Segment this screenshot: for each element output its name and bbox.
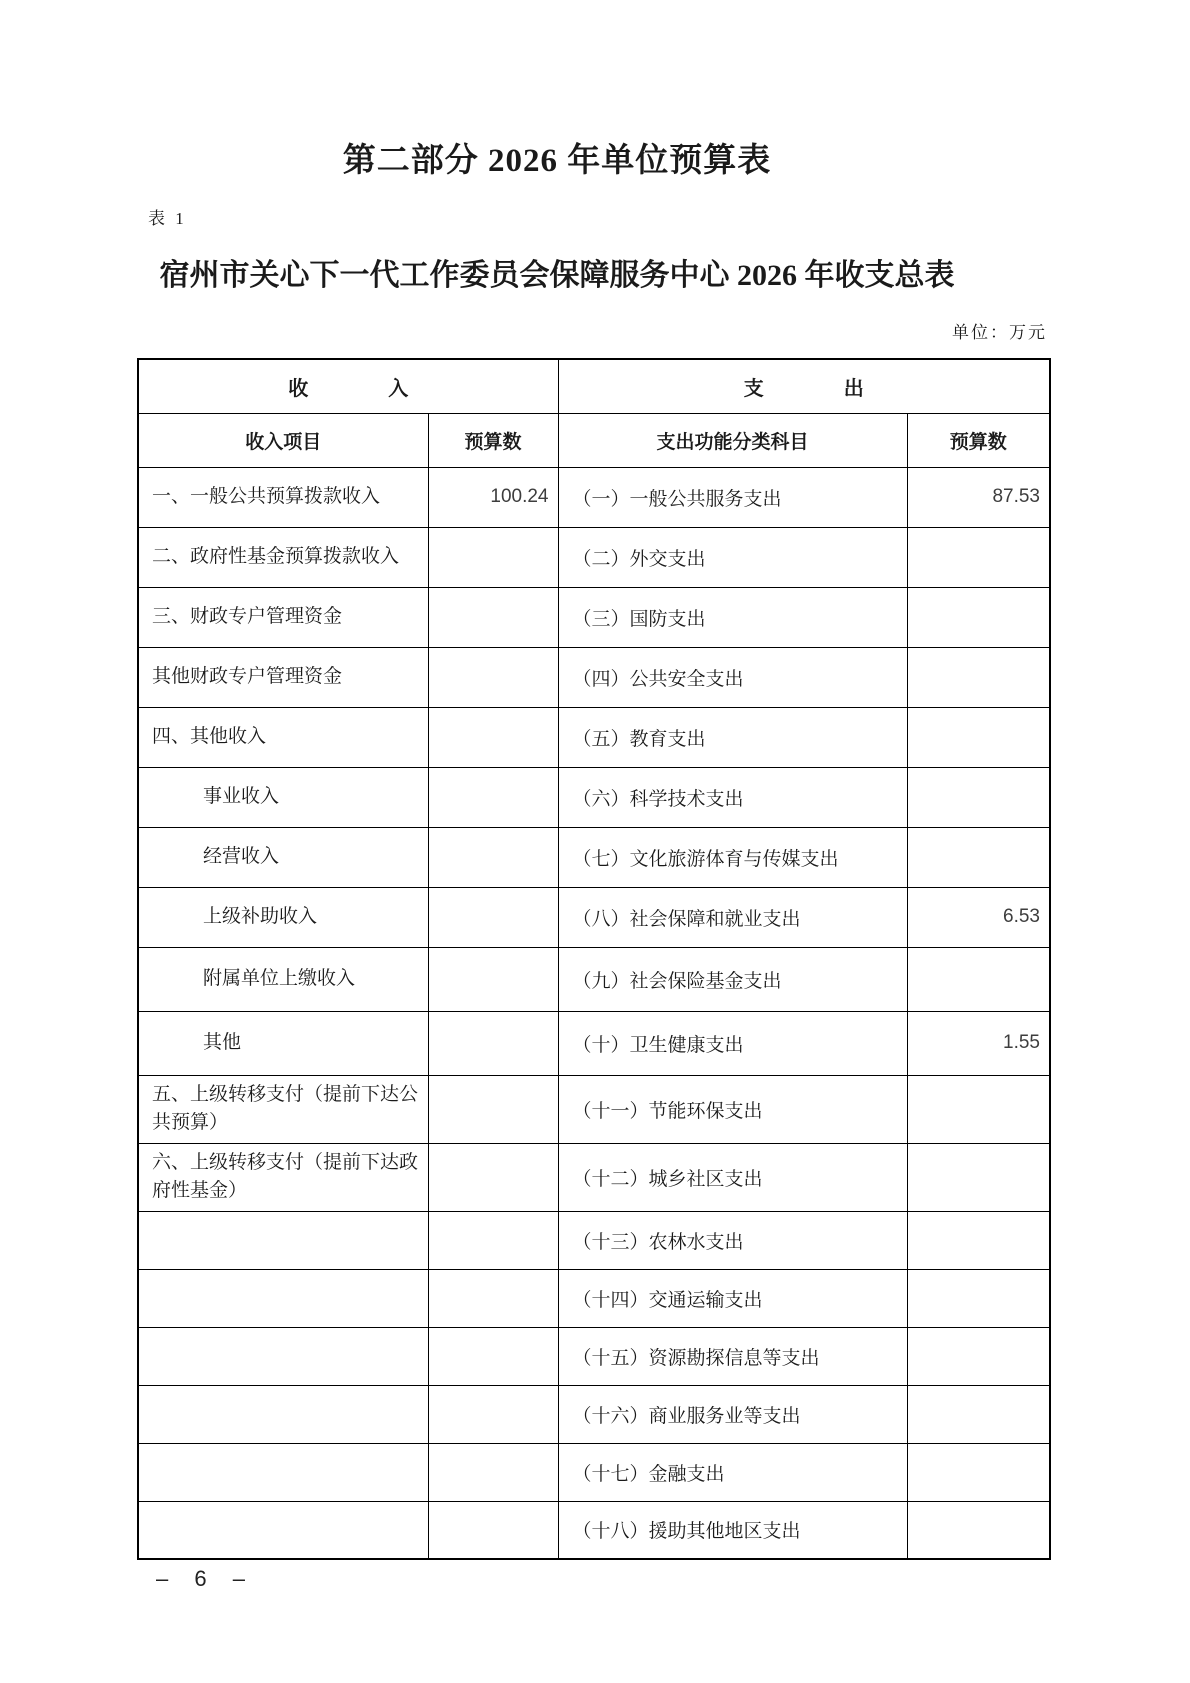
income-budget-cell (428, 527, 558, 587)
income-item-cell (138, 1327, 428, 1385)
table-row: 一、一般公共预算拨款收入 100.24 （一）一般公共服务支出 87.53 (138, 467, 1050, 527)
expense-budget-cell (907, 1143, 1050, 1211)
income-group-header: 收 入 (138, 359, 558, 413)
income-item-cell: 五、上级转移支付（提前下达公共预算） (138, 1075, 428, 1143)
expense-item-cell: （二）外交支出 (558, 527, 907, 587)
table-row: （十八）援助其他地区支出 (138, 1501, 1050, 1559)
table-row: 其他 （十）卫生健康支出 1.55 (138, 1011, 1050, 1075)
income-budget-cell (428, 1143, 558, 1211)
income-item-cell: 附属单位上缴收入 (138, 947, 428, 1011)
expense-item-cell: （三）国防支出 (558, 587, 907, 647)
expense-item-cell: （十二）城乡社区支出 (558, 1143, 907, 1211)
expense-budget-cell (907, 947, 1050, 1011)
table-row: 事业收入 （六）科学技术支出 (138, 767, 1050, 827)
income-item-cell (138, 1501, 428, 1559)
income-budget-cell (428, 1501, 558, 1559)
table-row: 六、上级转移支付（提前下达政府性基金） （十二）城乡社区支出 (138, 1143, 1050, 1211)
expense-budget-cell (907, 647, 1050, 707)
income-item-cell: 其他财政专户管理资金 (138, 647, 428, 707)
income-item-cell (138, 1385, 428, 1443)
table-head: 收 入 支 出 收入项目 预算数 支出功能分类科目 预算数 (138, 359, 1050, 467)
expense-budget-cell (907, 707, 1050, 767)
income-budget-cell (428, 887, 558, 947)
expense-budget-cell (907, 1327, 1050, 1385)
income-item-cell (138, 1269, 428, 1327)
income-budget-cell (428, 1011, 558, 1075)
expense-item-cell: （十六）商业服务业等支出 (558, 1385, 907, 1443)
income-item-cell: 六、上级转移支付（提前下达政府性基金） (138, 1143, 428, 1211)
section-title: 第二部分 2026 年单位预算表 (0, 134, 1114, 181)
expense-item-cell: （七）文化旅游体育与传媒支出 (558, 827, 907, 887)
table-row: （十三）农林水支出 (138, 1211, 1050, 1269)
expense-budget-cell: 1.55 (907, 1011, 1050, 1075)
income-item-cell: 上级补助收入 (138, 887, 428, 947)
table-row: 上级补助收入 （八）社会保障和就业支出 6.53 (138, 887, 1050, 947)
expense-budget-cell: 87.53 (907, 467, 1050, 527)
expense-budget-cell (907, 1385, 1050, 1443)
unit-note: 单位：万元 (952, 318, 1047, 343)
expense-item-cell: （八）社会保障和就业支出 (558, 887, 907, 947)
income-budget-cell (428, 707, 558, 767)
income-item-cell: 其他 (138, 1011, 428, 1075)
table-row: 二、政府性基金预算拨款收入 （二）外交支出 (138, 527, 1050, 587)
income-item-cell: 一、一般公共预算拨款收入 (138, 467, 428, 527)
income-item-cell: 二、政府性基金预算拨款收入 (138, 527, 428, 587)
col-income-budget: 预算数 (428, 413, 558, 467)
income-budget-cell: 100.24 (428, 467, 558, 527)
table-row: （十七）金融支出 (138, 1443, 1050, 1501)
income-item-cell: 事业收入 (138, 767, 428, 827)
expense-item-cell: （十五）资源勘探信息等支出 (558, 1327, 907, 1385)
expense-item-cell: （九）社会保险基金支出 (558, 947, 907, 1011)
table-row: 经营收入 （七）文化旅游体育与传媒支出 (138, 827, 1050, 887)
income-item-cell (138, 1211, 428, 1269)
table-title: 宿州市关心下一代工作委员会保障服务中心 2026 年收支总表 (0, 250, 1114, 294)
table-label: 表 1 (148, 204, 187, 229)
page-number: – 6 – (156, 1566, 255, 1592)
expense-item-cell: （五）教育支出 (558, 707, 907, 767)
col-expense-item: 支出功能分类科目 (558, 413, 907, 467)
income-budget-cell (428, 947, 558, 1011)
income-budget-cell (428, 1211, 558, 1269)
table-row: 其他财政专户管理资金 （四）公共安全支出 (138, 647, 1050, 707)
income-budget-cell (428, 1269, 558, 1327)
expense-budget-cell (907, 827, 1050, 887)
income-budget-cell (428, 1443, 558, 1501)
expense-item-cell: （十一）节能环保支出 (558, 1075, 907, 1143)
expense-budget-cell (907, 587, 1050, 647)
expense-item-cell: （四）公共安全支出 (558, 647, 907, 707)
expense-budget-cell (907, 1269, 1050, 1327)
expense-budget-cell (907, 1501, 1050, 1559)
table-row: （十六）商业服务业等支出 (138, 1385, 1050, 1443)
expense-item-cell: （一）一般公共服务支出 (558, 467, 907, 527)
income-budget-cell (428, 1385, 558, 1443)
column-header-row: 收入项目 预算数 支出功能分类科目 预算数 (138, 413, 1050, 467)
income-item-cell: 经营收入 (138, 827, 428, 887)
col-income-item: 收入项目 (138, 413, 428, 467)
income-item-cell: 四、其他收入 (138, 707, 428, 767)
income-budget-cell (428, 587, 558, 647)
table-row: 三、财政专户管理资金 （三）国防支出 (138, 587, 1050, 647)
expense-item-cell: （十四）交通运输支出 (558, 1269, 907, 1327)
budget-table: 收 入 支 出 收入项目 预算数 支出功能分类科目 预算数 一、一般公共预算拨款… (137, 358, 1051, 1560)
income-budget-cell (428, 1327, 558, 1385)
table-row: （十五）资源勘探信息等支出 (138, 1327, 1050, 1385)
income-budget-cell (428, 1075, 558, 1143)
table-row: 五、上级转移支付（提前下达公共预算） （十一）节能环保支出 (138, 1075, 1050, 1143)
col-expense-budget: 预算数 (907, 413, 1050, 467)
table-row: 四、其他收入 （五）教育支出 (138, 707, 1050, 767)
expense-item-cell: （十三）农林水支出 (558, 1211, 907, 1269)
expense-budget-cell (907, 1443, 1050, 1501)
expense-budget-cell (907, 527, 1050, 587)
expense-item-cell: （十八）援助其他地区支出 (558, 1501, 907, 1559)
expense-item-cell: （十）卫生健康支出 (558, 1011, 907, 1075)
expense-budget-cell (907, 1211, 1050, 1269)
expenditure-group-header: 支 出 (558, 359, 1050, 413)
expense-budget-cell (907, 767, 1050, 827)
income-budget-cell (428, 647, 558, 707)
expense-item-cell: （十七）金融支出 (558, 1443, 907, 1501)
income-budget-cell (428, 827, 558, 887)
table-body: 一、一般公共预算拨款收入 100.24 （一）一般公共服务支出 87.53 二、… (138, 467, 1050, 1559)
expense-item-cell: （六）科学技术支出 (558, 767, 907, 827)
table-row: 附属单位上缴收入 （九）社会保险基金支出 (138, 947, 1050, 1011)
expense-budget-cell: 6.53 (907, 887, 1050, 947)
expense-budget-cell (907, 1075, 1050, 1143)
document-page: 第二部分 2026 年单位预算表 表 1 宿州市关心下一代工作委员会保障服务中心… (0, 0, 1190, 1683)
income-item-cell: 三、财政专户管理资金 (138, 587, 428, 647)
group-header-row: 收 入 支 出 (138, 359, 1050, 413)
income-item-cell (138, 1443, 428, 1501)
table-row: （十四）交通运输支出 (138, 1269, 1050, 1327)
income-budget-cell (428, 767, 558, 827)
